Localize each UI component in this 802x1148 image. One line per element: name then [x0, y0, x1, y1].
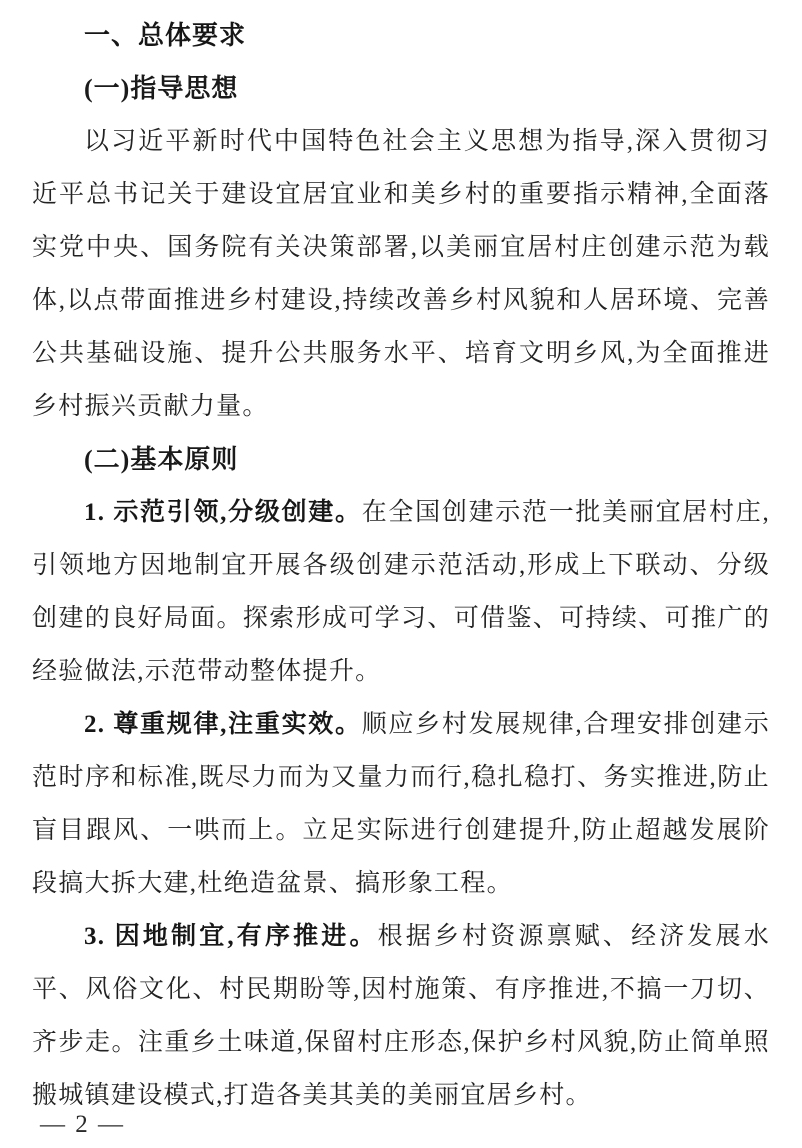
section-heading: 一、总体要求 [32, 9, 770, 62]
paragraph-lead: 3. 因地制宜,有序推进。 [84, 923, 378, 950]
paragraph-lead: 1. 示范引领,分级创建。 [84, 499, 362, 526]
document-content: 一、总体要求 (一)指导思想 以习近平新时代中国特色社会主义思想为指导,深入贯彻… [32, 9, 770, 1122]
paragraph-principle-2: 2. 尊重规律,注重实效。顺应乡村发展规律,合理安排创建示范时序和标准,既尽力而… [32, 698, 770, 910]
subsection-heading-guiding-ideology: (一)指导思想 [32, 62, 770, 115]
paragraph-text: 以习近平新时代中国特色社会主义思想为指导,深入贯彻习近平总书记关于建设宜居宜业和… [32, 128, 770, 420]
paragraph-text: 顺应乡村发展规律,合理安排创建示范时序和标准,既尽力而为又量力而行,稳扎稳打、务… [32, 711, 770, 897]
paragraph-text: 在全国创建示范一批美丽宜居村庄,引领地方因地制宜开展各级创建示范活动,形成上下联… [32, 499, 770, 685]
page-number: — 2 — [40, 1111, 125, 1139]
subsection-heading-basic-principles: (二)基本原则 [32, 433, 770, 486]
paragraph-guiding-ideology: 以习近平新时代中国特色社会主义思想为指导,深入贯彻习近平总书记关于建设宜居宜业和… [32, 115, 770, 433]
paragraph-principle-1: 1. 示范引领,分级创建。在全国创建示范一批美丽宜居村庄,引领地方因地制宜开展各… [32, 486, 770, 698]
scanned-document-page: 一、总体要求 (一)指导思想 以习近平新时代中国特色社会主义思想为指导,深入贯彻… [0, 0, 802, 1148]
paragraph-text: 根据乡村资源禀赋、经济发展水平、风俗文化、村民期盼等,因村施策、有序推进,不搞一… [32, 923, 770, 1109]
paragraph-principle-3: 3. 因地制宜,有序推进。根据乡村资源禀赋、经济发展水平、风俗文化、村民期盼等,… [32, 910, 770, 1122]
paragraph-lead: 2. 尊重规律,注重实效。 [84, 711, 362, 738]
